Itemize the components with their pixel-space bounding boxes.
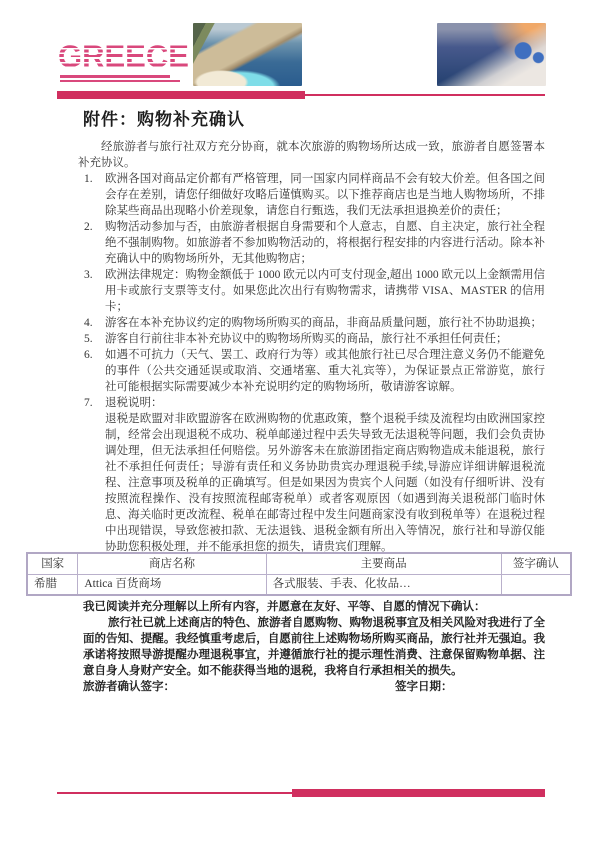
parthenon-photo [315,23,424,86]
terms-list: 1. 欧洲各国对商品定价都有严格管理，同一国家内同样商品不会有较大价差。但各国之… [78,171,545,555]
term-number: 4. [84,315,93,331]
term-number: 5. [84,331,93,347]
logo-underline [60,80,180,82]
term-number: 3. [84,267,93,283]
term-item-3: 3. 欧洲法律规定：购物金额低于 1000 欧元以内可支付现金,超出 1000 … [78,267,545,315]
cell-main-goods: 各式服装、手表、化妆品… [266,574,501,595]
header-rule-thin [305,94,545,96]
signature-row: 旅游者确认签字： 签字日期： [83,679,545,695]
table-header-row: 国家 商店名称 主要商品 签字确认 [27,553,571,574]
document-page: GREECE 附件：购物补充确认 经旅游者与旅行社双方充分协商，就本次旅游的购物… [0,0,600,848]
header-main-goods: 主要商品 [266,553,501,574]
header-country: 国家 [27,553,78,574]
confirmation-section: 我已阅读并充分理解以上所有内容，并愿意在友好、平等、自愿的情况下确认： 旅行社已… [83,599,545,695]
term-number: 2. [84,219,93,235]
signature-date-label: 签字日期： [395,679,453,695]
logo-underline [60,75,170,78]
term-item-1: 1. 欧洲各国对商品定价都有严格管理，同一国家内同样商品不会有较大价差。但各国之… [78,171,545,219]
page-title: 附件：购物补充确认 [83,110,545,130]
footer-rule [57,789,545,797]
greece-logo-text: GREECE [58,42,189,73]
header-photo-strip [193,23,546,86]
confirmation-paragraph: 旅行社已就上述商店的特色、旅游者自愿购物、购物退税事宜及相关风险对我进行了全面的… [83,615,545,679]
tax-refund-paragraph: 退税是欧盟对非欧盟游客在欧洲购物的优惠政策，整个退税手续及流程均由欧洲国家控制，… [105,411,545,555]
navagio-beach-photo [193,23,302,86]
term-item-7: 7. 退税说明： 退税是欧盟对非欧盟游客在欧洲购物的优惠政策，整个退税手续及流程… [78,395,545,555]
term-text: 如遇不可抗力（天气、罢工、政府行为等）或其他旅行社已尽合理注意义务仍不能避免的事… [105,349,545,393]
term-number: 1. [84,171,93,187]
term-text: 游客在本补充协议约定的购物场所购买的商品，非商品质量问题，旅行社不协助退换； [105,317,542,329]
shop-table: 国家 商店名称 主要商品 签字确认 希腊 Attica 百货商场 各式服装、手表… [26,552,572,596]
term-text: 欧洲各国对商品定价都有严格管理，同一国家内同样商品不会有较大价差。但各国之间会存… [105,173,545,217]
term-text: 游客自行前往非本补充协议中的购物场所购买的商品，旅行社不承担任何责任； [105,333,508,345]
footer-rule-thick [292,789,545,797]
term-text: 退税说明： [105,397,163,409]
term-number: 7. [84,395,93,411]
intro-paragraph: 经旅游者与旅行社双方充分协商，就本次旅游的购物场所达成一致，旅游者自愿签署本补充… [78,139,545,171]
term-text: 欧洲法律规定：购物金额低于 1000 欧元以内可支付现金,超出 1000 欧元以… [105,269,545,313]
greece-logo: GREECE [58,42,188,72]
header-signature: 签字确认 [501,553,571,574]
term-item-4: 4. 游客在本补充协议约定的购物场所购买的商品，非商品质量问题，旅行社不协助退换… [78,315,545,331]
header-rule [57,91,545,99]
tourist-signature-label: 旅游者确认签字： [83,681,175,693]
table-row: 希腊 Attica 百货商场 各式服装、手表、化妆品… [27,574,571,595]
cell-shop-name: Attica 百货商场 [78,574,266,595]
document-body: 附件：购物补充确认 经旅游者与旅行社双方充分协商，就本次旅游的购物场所达成一致，… [78,110,545,555]
cell-country: 希腊 [27,574,78,595]
footer-rule-thin [57,792,292,794]
santorini-photo [437,23,546,86]
header-shop-name: 商店名称 [78,553,266,574]
term-item-6: 6. 如遇不可抗力（天气、罢工、政府行为等）或其他旅行社已尽合理注意义务仍不能避… [78,347,545,395]
term-text: 购物活动参加与否，由旅游者根据自身需要和个人意志，自愿、自主决定，旅行社全程绝不… [105,221,545,265]
term-item-2: 2. 购物活动参加与否，由旅游者根据自身需要和个人意志，自愿、自主决定，旅行社全… [78,219,545,267]
term-item-5: 5. 游客自行前往非本补充协议中的购物场所购买的商品，旅行社不承担任何责任； [78,331,545,347]
confirmation-lead: 我已阅读并充分理解以上所有内容，并愿意在友好、平等、自愿的情况下确认： [83,599,545,615]
term-number: 6. [84,347,93,363]
signature-cell [501,574,571,595]
header-rule-thick [57,91,305,99]
